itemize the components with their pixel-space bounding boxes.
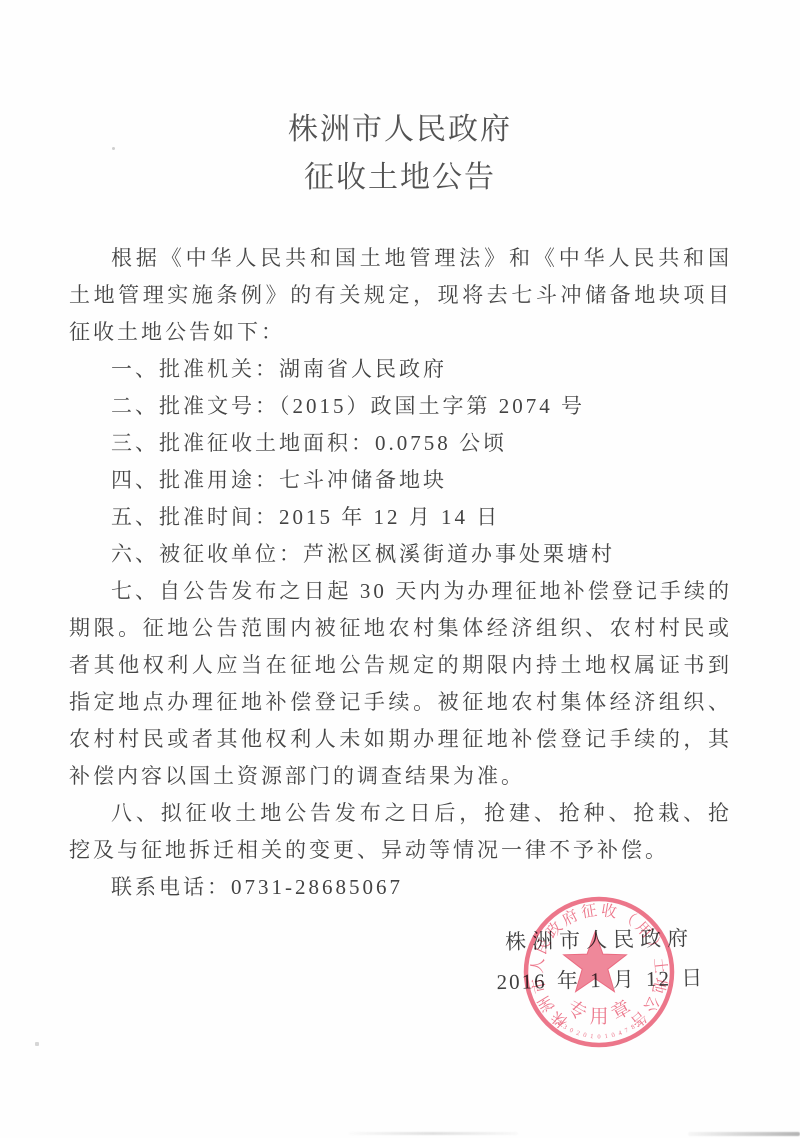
scan-speck-artifact (35, 1042, 39, 1046)
announcement-body: 根据《中华人民共和国土地管理法》和《中华人民共和国土地管理实施条例》的有关规定，… (69, 240, 732, 906)
intro-paragraph: 根据《中华人民共和国土地管理法》和《中华人民共和国土地管理实施条例》的有关规定，… (69, 240, 732, 351)
seal-serial-digit: 0 (597, 1034, 600, 1041)
announcement-item-8: 八、拟征收土地公告发布之日后，抢建、抢种、抢栽、抢挖及与征地拆迁相关的变更、异动… (69, 795, 732, 869)
seal-bottom-text-char: 用 (589, 1007, 608, 1028)
announcement-item-2: 二、批准文号：（2015）政国土字第 2074 号 (69, 388, 732, 425)
seal-serial-digit: 1 (604, 1033, 608, 1040)
seal-serial-digit: 2 (575, 1030, 580, 1038)
announcement-item-6: 六、被征收单位：芦淞区枫溪街道办事处栗塘村 (69, 536, 732, 573)
official-seal: 株洲市人民政府征收（用）土地公告专用章4302010104788 (517, 887, 681, 1057)
seal-ring-text-char: 收 (600, 901, 619, 921)
scan-speck-artifact (112, 147, 115, 150)
document-page: 株洲市人民政府 征收土地公告 根据《中华人民共和国土地管理法》和《中华人民共和国… (0, 0, 800, 1138)
seal-ring-text-char: 人 (528, 957, 548, 974)
seal-serial-digit: 7 (624, 1027, 631, 1035)
seal-ring-text-char: 市 (529, 976, 550, 995)
seal-ring-text-char: 土 (650, 957, 670, 974)
seal-serial-digit: 4 (617, 1029, 623, 1037)
announcement-item-7: 七、自公告发布之日起 30 天内为办理征地补偿登记手续的期限。征地公告范围内被征… (69, 573, 732, 795)
scan-smudge-artifact (348, 1132, 518, 1135)
announcement-item-3: 三、批准征收土地面积：0.0758 公顷 (69, 425, 732, 462)
announcement-item-4: 四、批准用途：七斗冲储备地块 (69, 462, 732, 499)
title-line-2: 征收土地公告 (0, 154, 800, 202)
seal-serial-digit: 0 (582, 1032, 587, 1040)
seal-ring-text-char: 征 (580, 901, 599, 921)
announcement-item-5: 五、批准时间：2015 年 12 月 14 日 (69, 499, 732, 536)
scan-smudge-artifact (688, 1132, 800, 1136)
document-title: 株洲市人民政府 征收土地公告 (0, 106, 800, 202)
title-line-1: 株洲市人民政府 (0, 106, 800, 154)
seal-serial-digit: 0 (611, 1032, 616, 1040)
seal-serial-digit: 0 (568, 1027, 574, 1035)
announcement-item-1: 一、批准机关：湖南省人民政府 (69, 351, 732, 388)
star-icon (564, 932, 627, 992)
seal-serial-digit: 1 (590, 1033, 594, 1040)
